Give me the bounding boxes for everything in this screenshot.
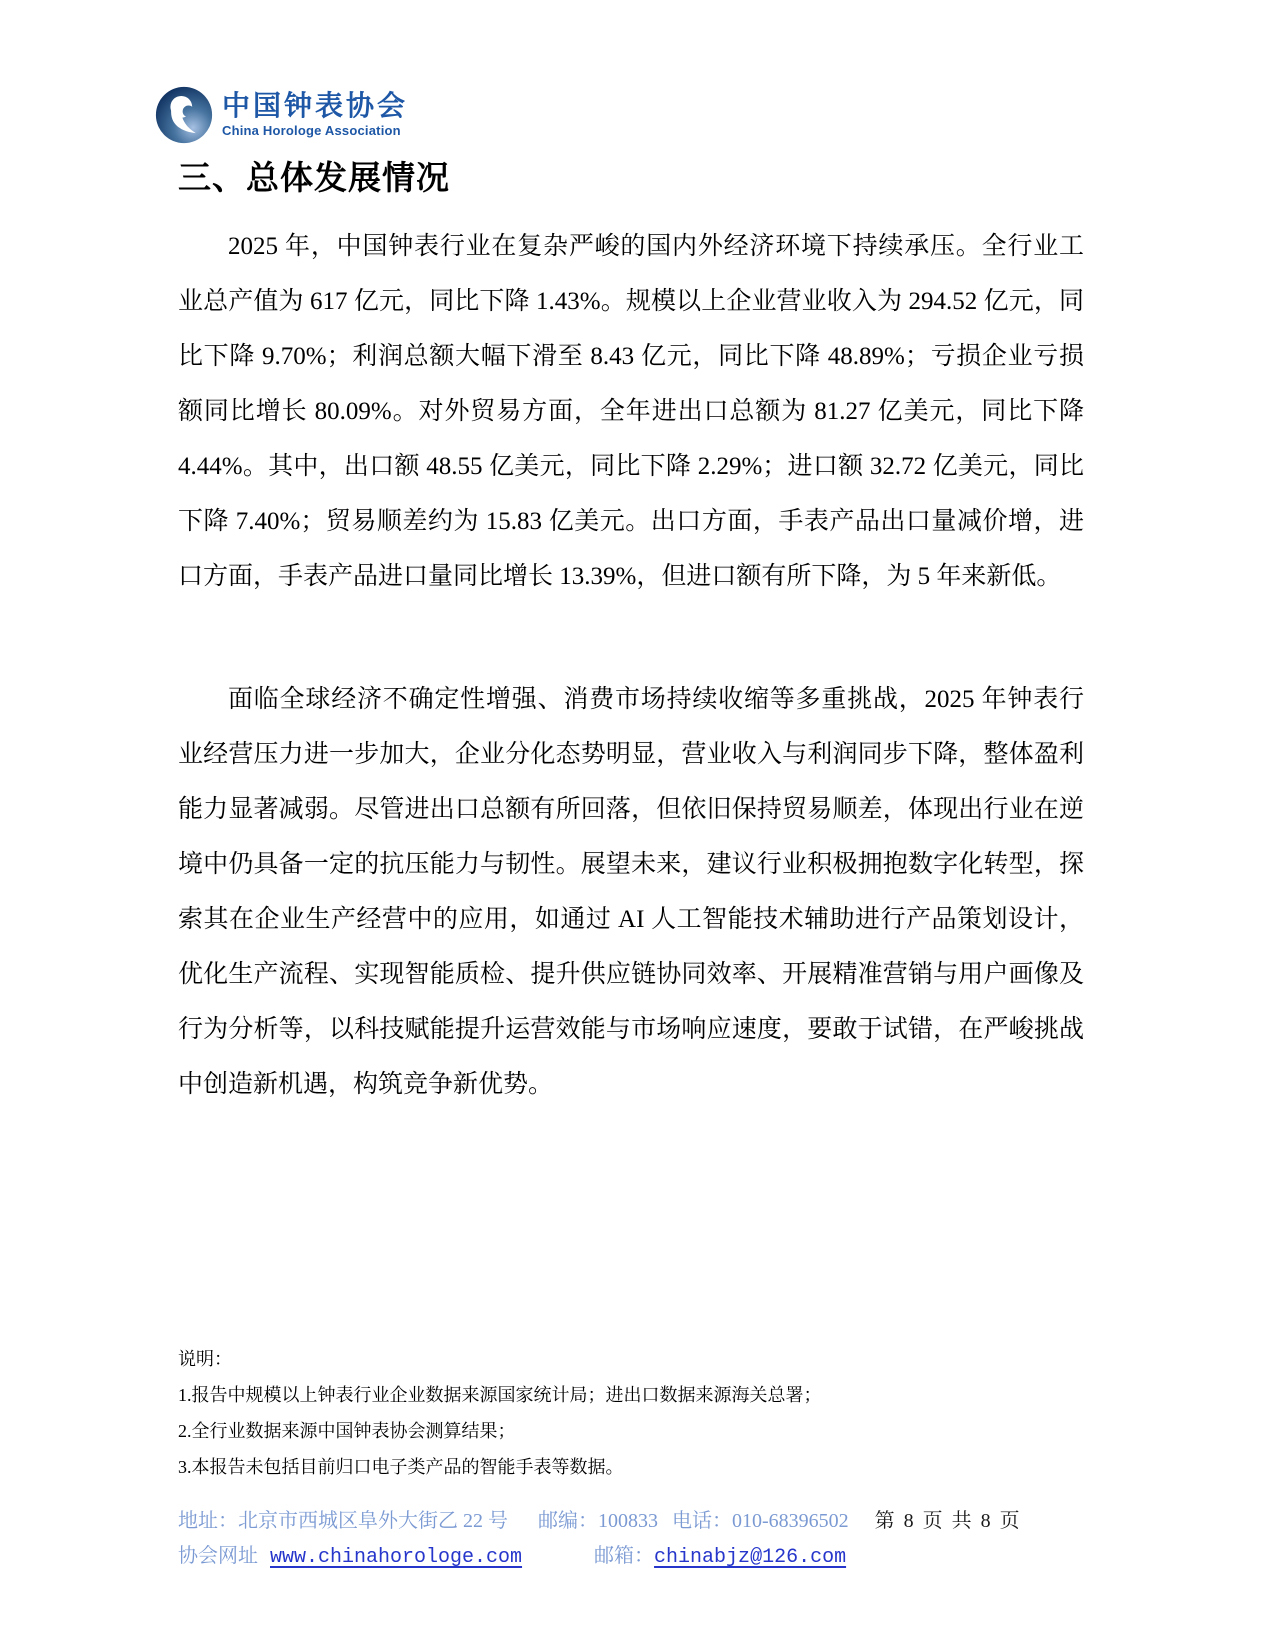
footer-website-link[interactable]: www.chinahorologe.com (270, 1540, 522, 1575)
footer-address: 地址：北京市西城区阜外大街乙 22 号 (178, 1504, 508, 1539)
footer-line-links: 协会网址 www.chinahorologe.com 邮箱： chinabjz@… (178, 1539, 1138, 1575)
association-name-cn: 中国钟表协会 (222, 91, 408, 120)
document-page: 中国钟表协会 China Horologe Association 三、总体发展… (0, 0, 1275, 1650)
main-content: 三、总体发展情况 2025 年，中国钟表行业在复杂严峻的国内外经济环境下持续承压… (178, 156, 1084, 1112)
association-logo: 中国钟表协会 China Horologe Association (155, 86, 408, 144)
association-name-en: China Horologe Association (222, 123, 408, 138)
note-item-1: 1.报告中规模以上钟表行业企业数据来源国家统计局；进出口数据来源海关总署； (178, 1377, 1084, 1413)
notes-label: 说明： (178, 1341, 1084, 1377)
footer-phone: 电话：010-68396502 (672, 1504, 849, 1539)
section-heading: 三、总体发展情况 (178, 156, 1084, 200)
paragraph-industry-overview: 2025 年，中国钟表行业在复杂严峻的国内外经济环境下持续承压。全行业工业总产值… (178, 219, 1084, 604)
association-logo-text: 中国钟表协会 China Horologe Association (222, 86, 408, 138)
footer-email-link[interactable]: chinabjz@126.com (654, 1540, 846, 1575)
page-footer: 地址：北京市西城区阜外大街乙 22 号 邮编：100833 电话：010-683… (178, 1504, 1138, 1575)
footer-page-info: 第 8 页 共 8 页 (875, 1504, 1022, 1539)
note-item-2: 2.全行业数据来源中国钟表协会测算结果； (178, 1413, 1084, 1449)
body-text: 2025 年，中国钟表行业在复杂严峻的国内外经济环境下持续承压。全行业工业总产值… (178, 219, 1084, 1112)
footer-line-contact: 地址：北京市西城区阜外大街乙 22 号 邮编：100833 电话：010-683… (178, 1504, 1138, 1539)
footer-website-label: 协会网址 (178, 1539, 258, 1574)
footer-postal: 邮编：100833 (538, 1504, 658, 1539)
footer-email-label: 邮箱： (594, 1539, 654, 1574)
note-item-3: 3.本报告未包括目前归口电子类产品的智能手表等数据。 (178, 1449, 1084, 1485)
notes-section: 说明： 1.报告中规模以上钟表行业企业数据来源国家统计局；进出口数据来源海关总署… (178, 1341, 1084, 1485)
association-globe-icon (155, 86, 213, 144)
paragraph-outlook: 面临全球经济不确定性增强、消费市场持续收缩等多重挑战，2025 年钟表行业经营压… (178, 672, 1084, 1112)
